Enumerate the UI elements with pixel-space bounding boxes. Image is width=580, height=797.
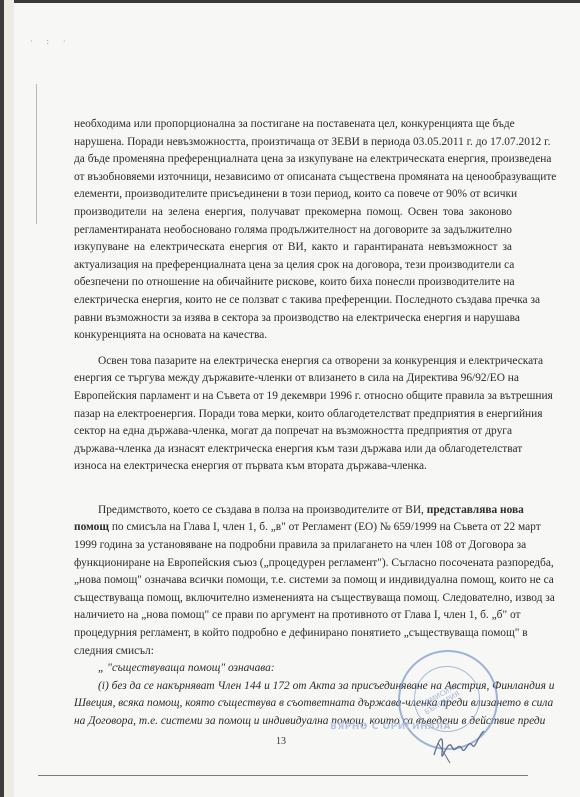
text-line: изкупуване на електрическата енергия от … [74,239,512,257]
text-line: от възобновяеми източници, независимо от… [74,169,512,187]
emphasis-new-aid: помощ [74,521,109,533]
paragraph-2: Освен това пазарите на електрическа енер… [74,353,512,476]
text-line: наличието на „нова помощ" се прави по ар… [74,607,512,625]
emphasis-new-aid: представлява нова [427,504,524,516]
text-line: равни възможности за изява в сектора за … [74,310,512,328]
paragraph-gap [74,345,512,353]
text-line: елементи, производителите присъединени в… [74,186,512,204]
text-line: енергия се търгува между държавите-членк… [74,370,512,388]
text-line: сектор на една държава-членка, могат да … [74,423,512,441]
footer-rule [38,775,528,776]
paragraph-3: Предимството, което се създава в полза н… [74,502,512,660]
text-line: 1999 година за установяване на подробни … [74,537,512,555]
text-line: Освен това пазарите на електрическа енер… [74,353,512,371]
document-body: необходима или пропорционална за постига… [74,116,512,731]
seal-number: 4 [442,700,448,711]
text-line: регламентираната необосновано голяма про… [74,222,512,240]
text-line: помощ по смисъла на Глава I, член 1, б. … [74,519,512,537]
text-line: съществуваща помощ, включително изменени… [74,590,512,608]
scan-edge-strip [4,0,14,797]
text-line: функциониране на Европейския съюз („проц… [74,555,512,573]
text-line: износа на електрическа енергия от първат… [74,458,512,476]
margin-line [36,84,37,224]
scan-border-top [0,0,580,3]
text-line: „нова помощ" означава всички помощи, т.е… [74,572,512,590]
signature-icon [430,725,490,770]
text-line: актуализация на преференциалната цена за… [74,257,512,275]
paragraph-1: необходима или пропорционална за постига… [74,116,512,345]
text-line: необходима или пропорционална за постига… [74,116,512,134]
text-line: обезпечени по отношение на обичайните ри… [74,274,512,292]
text-line: Предимството, което се създава в полза н… [74,502,512,520]
paragraph-gap [74,476,512,502]
text-line: държава-членка да изнасят електрическа е… [74,441,512,459]
page-number: 13 [276,736,286,747]
text-line: да бъде променяна преференциалната цена … [74,151,512,169]
text-line: нарушена. Поради невъзможността, произти… [74,134,512,152]
scan-specks: · : · [30,37,72,46]
text-line: електрическа енергия, които не се ползва… [74,292,512,310]
text-line: конкуренцията на основата на качества. [74,327,512,345]
text-line: Европейския парламент и на Съвета от 19 … [74,388,512,406]
text-line: пазар на електроенергия. Поради това мер… [74,406,512,424]
text-line: производители на зелена енергия, получав… [74,204,512,222]
text-line: процедурния регламент, в който подробно … [74,625,512,643]
